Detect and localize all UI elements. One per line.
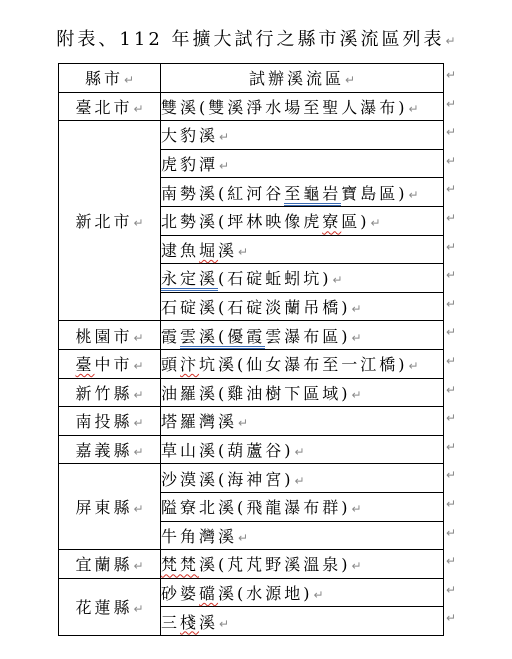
row-end-mark-slot: ↵ [446,435,470,464]
text-run: 桃園市 [75,327,132,346]
paragraph-mark-icon: ↵ [446,578,456,597]
paragraph-mark-icon: ↵ [446,149,456,168]
paragraph-mark-icon: ↵ [446,463,456,482]
spell-marked-text-run: 棧 [180,613,199,632]
text-run: 頭 [161,355,180,374]
paragraph-mark-icon: ↵ [446,34,456,48]
spell-marked-text-run: 汴 [180,355,199,374]
paragraph-mark-icon: ↵ [446,549,456,568]
text-run: 隘寮北溪(飛龍瀑布群) [161,498,351,517]
table-row: 花蓮縣↵砂婆礑溪(水源地)↵ [59,578,444,607]
text-run: 新北市 [75,212,132,231]
text-run: 南投縣 [75,412,132,431]
paragraph-mark-icon: ↵ [446,120,456,139]
paragraph-mark-icon: ↵ [133,388,143,402]
text-run: 牛角灣溪 [161,527,237,546]
text-run: 北勢溪(坪林映像虎 [161,212,322,231]
stream-cell: 塔羅灣溪↵ [161,407,444,436]
spell-marked-text-run: 寮 [322,212,341,231]
text-run: 雙溪(雙溪淨水場至聖人瀑布) [161,98,408,117]
text-run: 草山溪(葫蘆谷) [161,441,294,460]
paragraph-mark-icon: ↵ [352,302,362,316]
stream-cell: 頭汴坑溪(仙女瀑布至一江橋)↵ [161,349,444,378]
stream-cell: 北勢溪(坪林映像虎寮區)↵ [161,206,444,235]
row-end-mark-slot: ↵ [446,521,470,550]
document-title-text: 附表、112 年擴大試行之縣市溪流區列表 [56,29,444,50]
text-run: 塔羅灣溪 [161,412,237,431]
stream-cell: 油羅溪(雞油樹下區域)↵ [161,378,444,407]
text-run: 試辦溪流區 [249,69,344,88]
text-run: 縣市 [85,69,123,88]
document-page: 附表、112 年擴大試行之縣市溪流區列表↵ 縣市↵試辦溪流區↵臺北市↵雙溪(雙溪… [0,0,512,659]
stream-cell: 雙溪(雙溪淨水場至聖人瀑布)↵ [161,92,444,121]
county-cell: 桃園市↵ [59,321,161,350]
text-run: 溪(芃芃野溪溫泉) [199,555,351,574]
grammar-marked-text-run: 至龜岩 [284,184,341,206]
paragraph-mark-icon: ↵ [133,416,143,430]
paragraph-mark-icon: ↵ [133,559,143,573]
paragraph-mark-icon: ↵ [352,388,362,402]
text-run: 寶島區) [341,184,407,203]
table-row: 臺中市↵頭汴坑溪(仙女瀑布至一江橋)↵ [59,349,444,378]
table-row: 新竹縣↵油羅溪(雞油樹下區域)↵ [59,378,444,407]
paragraph-mark-icon: ↵ [446,378,456,397]
text-run: 屏東縣 [75,498,132,517]
stream-cell: 永定溪(石碇蚯蚓坑)↵ [161,264,444,293]
paragraph-mark-icon: ↵ [371,216,381,230]
paragraph-mark-icon: ↵ [352,502,362,516]
row-end-mark-slot: ↵ [446,149,470,178]
paragraph-mark-icon: ↵ [409,188,419,202]
text-run: 新竹縣 [75,384,132,403]
paragraph-mark-icon: ↵ [352,331,362,345]
text-run: 三 [161,613,180,632]
text-run: 雲瀑布區) [265,327,350,346]
header-row: 縣市↵試辦溪流區↵ [59,64,444,93]
row-end-mark-slot: ↵ [446,578,470,607]
county-cell: 南投縣↵ [59,407,161,436]
text-run: 沙漠溪(海神宮) [161,470,294,489]
grammar-marked-text-run: 永定溪 [161,269,218,291]
paragraph-mark-icon: ↵ [133,502,143,516]
row-end-mark-slot: ↵ [446,63,470,92]
row-end-mark-slot: ↵ [446,206,470,235]
paragraph-mark-icon: ↵ [133,445,143,459]
county-cell: 嘉義縣↵ [59,435,161,464]
stream-cell: 南勢溪(紅河谷至龜岩寶島區)↵ [161,178,444,207]
table-row: 臺北市↵雙溪(雙溪淨水場至聖人瀑布)↵ [59,92,444,121]
paragraph-mark-icon: ↵ [446,492,456,511]
text-run: 砂婆 [161,584,199,603]
spell-marked-text-run: 堀 [199,241,218,260]
paragraph-mark-icon: ↵ [219,159,229,173]
text-run: 區) [341,212,369,231]
county-header-cell: 縣市↵ [59,64,161,93]
paragraph-mark-icon: ↵ [219,130,229,144]
stream-cell: 牛角灣溪↵ [161,521,444,550]
row-end-mark-slot: ↵ [446,463,470,492]
stream-cell: 逮魚堀溪↵ [161,235,444,264]
grammar-marked-text-run: 雲溪(優霞 [180,327,265,349]
text-run: 宜蘭縣 [75,555,132,574]
spell-marked-text-run: 梵梵 [161,555,199,574]
stream-header-cell: 試辦溪流區↵ [161,64,444,93]
row-end-mark-slot: ↵ [446,92,470,121]
row-end-mark-slot: ↵ [446,349,470,378]
county-cell: 臺北市↵ [59,92,161,121]
paragraph-mark-icon: ↵ [446,606,456,625]
table-row: 屏東縣↵沙漠溪(海神宮)↵ [59,464,444,493]
paragraph-mark-icon: ↵ [133,331,143,345]
table-row: 宜蘭縣↵梵梵溪(芃芃野溪溫泉)↵ [59,550,444,579]
text-run: 虎豹潭 [161,155,218,174]
row-end-mark-slot: ↵ [446,120,470,149]
spell-marked-text-run: 臺 [75,355,94,374]
stream-cell: 梵梵溪(芃芃野溪溫泉)↵ [161,550,444,579]
table-row: 南投縣↵塔羅灣溪↵ [59,407,444,436]
paragraph-mark-icon: ↵ [446,349,456,368]
paragraph-mark-icon: ↵ [446,235,456,254]
row-end-mark-slot: ↵ [446,320,470,349]
spell-marked-text-run: 礑 [199,584,218,603]
paragraph-mark-icon: ↵ [133,102,143,116]
paragraph-mark-icon: ↵ [409,102,419,116]
text-run: 溪 [218,241,237,260]
row-end-mark-slot: ↵ [446,177,470,206]
paragraph-mark-icon: ↵ [446,63,456,82]
county-cell: 臺中市↵ [59,349,161,378]
paragraph-mark-icon: ↵ [446,435,456,454]
paragraph-mark-icon: ↵ [446,92,456,111]
text-run: 溪(水源地) [218,584,313,603]
text-run: 大豹溪 [161,126,218,145]
county-cell: 新北市↵ [59,121,161,321]
paragraph-mark-icon: ↵ [238,416,248,430]
row-end-mark-slot: ↵ [446,235,470,264]
row-end-marks: ↵↵↵↵↵↵↵↵↵↵↵↵↵↵↵↵↵↵↵↵ [446,63,470,635]
text-run: 溪 [199,613,218,632]
stream-cell: 隘寮北溪(飛龍瀑布群)↵ [161,492,444,521]
county-cell: 宜蘭縣↵ [59,550,161,579]
stream-cell: 大豹溪↵ [161,121,444,150]
stream-cell: 草山溪(葫蘆谷)↵ [161,435,444,464]
paragraph-mark-icon: ↵ [446,521,456,540]
paragraph-mark-icon: ↵ [446,292,456,311]
row-end-mark-slot: ↵ [446,378,470,407]
paragraph-mark-icon: ↵ [124,73,134,87]
paragraph-mark-icon: ↵ [409,359,419,373]
text-run: 油羅溪(雞油樹下區域) [161,384,351,403]
row-end-mark-slot: ↵ [446,492,470,521]
row-end-mark-slot: ↵ [446,263,470,292]
paragraph-mark-icon: ↵ [333,273,343,287]
paragraph-mark-icon: ↵ [446,263,456,282]
text-run: 南勢溪(紅河谷 [161,184,284,203]
text-run: 逮魚 [161,241,199,260]
paragraph-mark-icon: ↵ [446,406,456,425]
paragraph-mark-icon: ↵ [133,359,143,373]
paragraph-mark-icon: ↵ [352,559,362,573]
stream-cell: 砂婆礑溪(水源地)↵ [161,578,444,607]
county-cell: 屏東縣↵ [59,464,161,550]
text-run: 花蓮縣 [75,598,132,617]
text-run: (石碇蚯蚓坑) [218,269,332,288]
text-run: 中市 [94,355,132,374]
paragraph-mark-icon: ↵ [238,245,248,259]
paragraph-mark-icon: ↵ [295,445,305,459]
paragraph-mark-icon: ↵ [219,617,229,631]
row-end-mark-slot: ↵ [446,292,470,321]
table-row: 嘉義縣↵草山溪(葫蘆谷)↵ [59,435,444,464]
stream-cell: 虎豹潭↵ [161,149,444,178]
paragraph-mark-icon: ↵ [446,206,456,225]
county-cell: 花蓮縣↵ [59,578,161,635]
streams-table: 縣市↵試辦溪流區↵臺北市↵雙溪(雙溪淨水場至聖人瀑布)↵新北市↵大豹溪↵虎豹潭↵… [58,63,444,636]
row-end-mark-slot: ↵ [446,406,470,435]
stream-cell: 石碇溪(石碇淡蘭吊橋)↵ [161,292,444,321]
paragraph-mark-icon: ↵ [345,73,355,87]
row-end-mark-slot: ↵ [446,606,470,635]
table-row: 新北市↵大豹溪↵ [59,121,444,150]
text-run: 坑溪(仙女瀑布至一江橋) [199,355,408,374]
paragraph-mark-icon: ↵ [446,320,456,339]
paragraph-mark-icon: ↵ [133,602,143,616]
document-title: 附表、112 年擴大試行之縣市溪流區列表↵ [0,25,512,51]
text-run: 霞 [161,327,180,346]
text-run: 嘉義縣 [75,441,132,460]
stream-cell: 三棧溪↵ [161,607,444,636]
paragraph-mark-icon: ↵ [238,531,248,545]
stream-cell: 沙漠溪(海神宮)↵ [161,464,444,493]
text-run: 石碇溪(石碇淡蘭吊橋) [161,298,351,317]
paragraph-mark-icon: ↵ [295,474,305,488]
row-end-mark-slot: ↵ [446,549,470,578]
county-cell: 新竹縣↵ [59,378,161,407]
text-run: 臺北市 [75,98,132,117]
paragraph-mark-icon: ↵ [446,177,456,196]
paragraph-mark-icon: ↵ [314,588,324,602]
stream-cell: 霞雲溪(優霞雲瀑布區)↵ [161,321,444,350]
paragraph-mark-icon: ↵ [133,216,143,230]
table-row: 桃園市↵霞雲溪(優霞雲瀑布區)↵ [59,321,444,350]
